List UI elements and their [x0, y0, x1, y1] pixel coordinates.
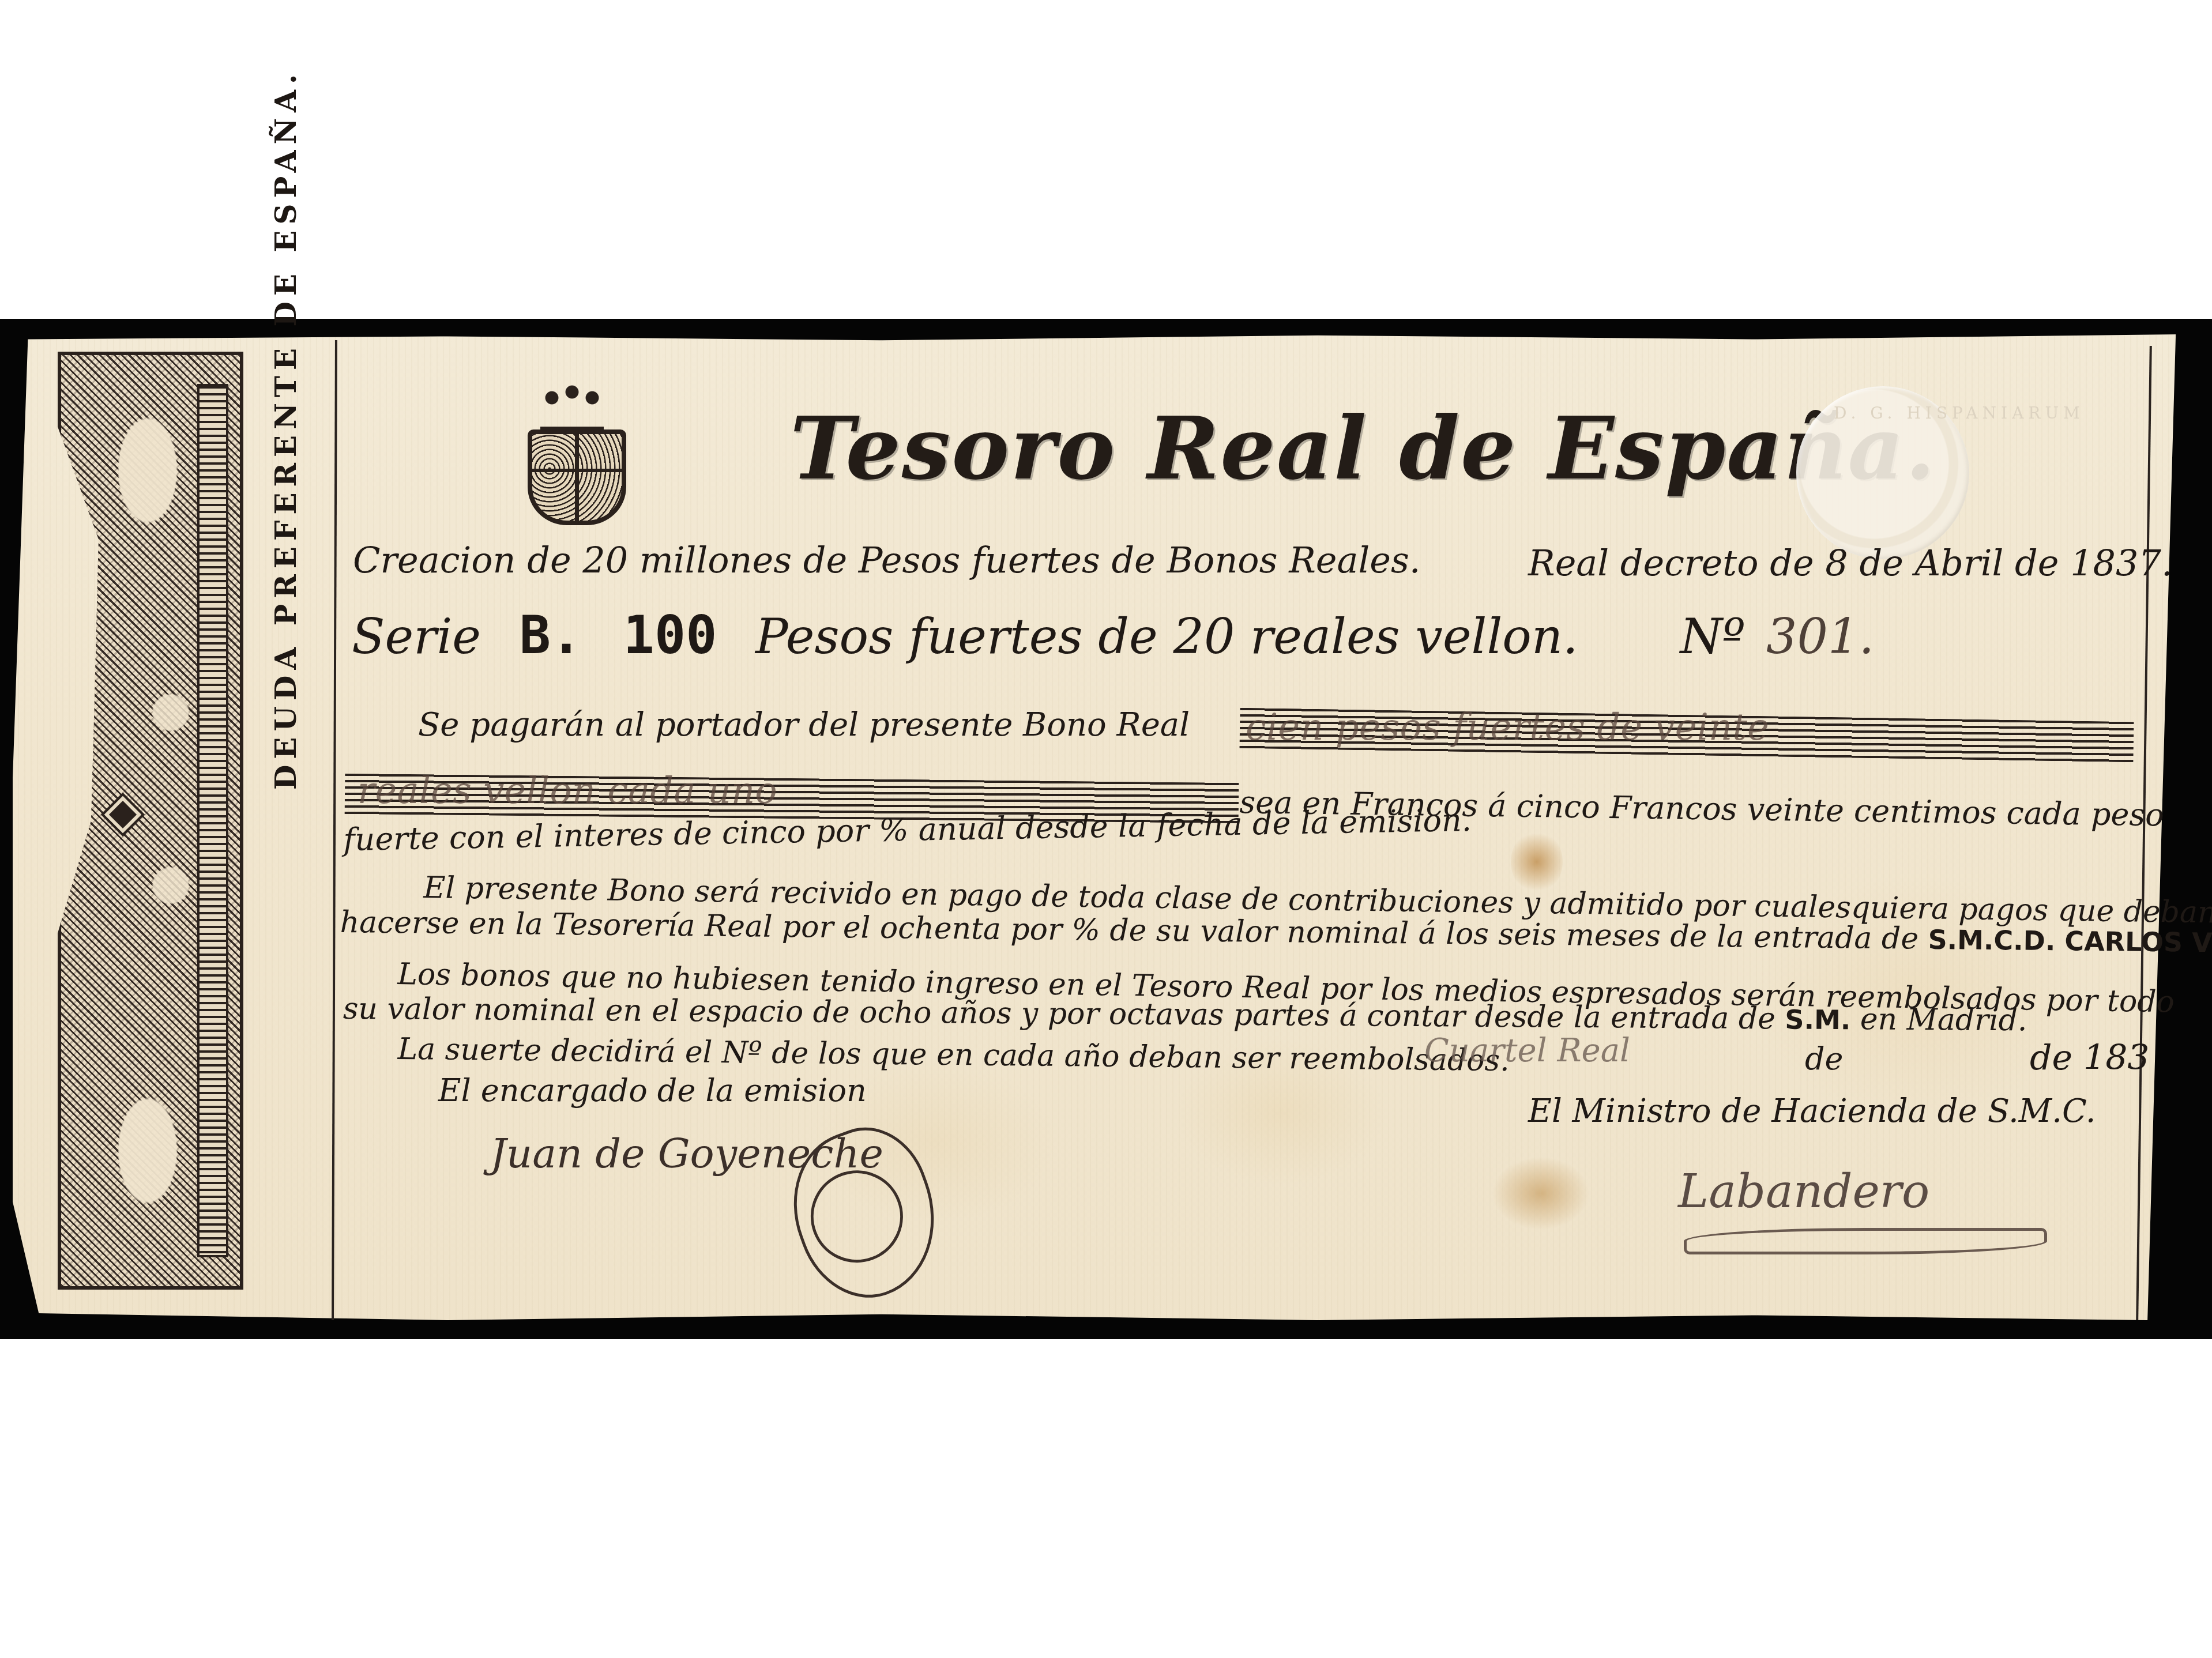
- bond-amount: 100: [623, 605, 717, 666]
- handwritten-amount-2: reales vellon cada uno: [358, 770, 777, 812]
- serie-letter: B.: [520, 605, 582, 666]
- payment-intro: Se pagarán al portador del presente Bono…: [418, 706, 1190, 744]
- side-strip-title: DEUDA PREFERENTE DE ESPAÑA.: [269, 69, 303, 790]
- signature-underline-flourish-icon: [1684, 1228, 2047, 1254]
- crown-icon: [540, 380, 604, 435]
- date-de: de: [1805, 1041, 1844, 1077]
- right-signatory-title: El Ministro de Hacienda de S.M.C.: [1528, 1092, 2096, 1130]
- paragraph-3-line-2-post: en Madrid.: [1860, 1002, 2027, 1038]
- bond-number: 301.: [1766, 608, 1874, 665]
- royal-coat-of-arms-icon: [522, 369, 623, 519]
- serie-label: Serie: [352, 608, 481, 665]
- handwritten-place: Cuartel Real: [1424, 1032, 1630, 1069]
- shield-icon: [528, 429, 626, 525]
- date-year: de 183: [2030, 1038, 2150, 1078]
- ornament-rail: [197, 384, 228, 1257]
- serie-line: Serie B. 100 Pesos fuertes de 20 reales …: [352, 605, 1874, 666]
- document-title: Tesoro Real de España.: [790, 398, 1936, 499]
- number-label: Nº: [1680, 608, 1745, 665]
- decree-line: Real decreto de 8 de Abril de 1837.: [1528, 542, 2173, 584]
- handwritten-amount-1: cien pesos fuertes de veinte: [1246, 706, 1769, 749]
- king-name: S.M.C.D. CARLOS Vº.: [1928, 924, 2212, 959]
- denomination: Pesos fuertes de 20 reales vellon.: [755, 608, 1578, 665]
- foxing-stain: [1511, 830, 1563, 894]
- creacion-line: Creacion de 20 millones de Pesos fuertes…: [353, 539, 1421, 581]
- seal-legend: D. G. HISPANIARUM: [1834, 404, 2085, 423]
- majesty-abbrev: S.M.: [1785, 1004, 1850, 1035]
- left-signatory-title: El encargado de la emision: [438, 1072, 867, 1109]
- right-signature: Labandero: [1678, 1165, 1929, 1218]
